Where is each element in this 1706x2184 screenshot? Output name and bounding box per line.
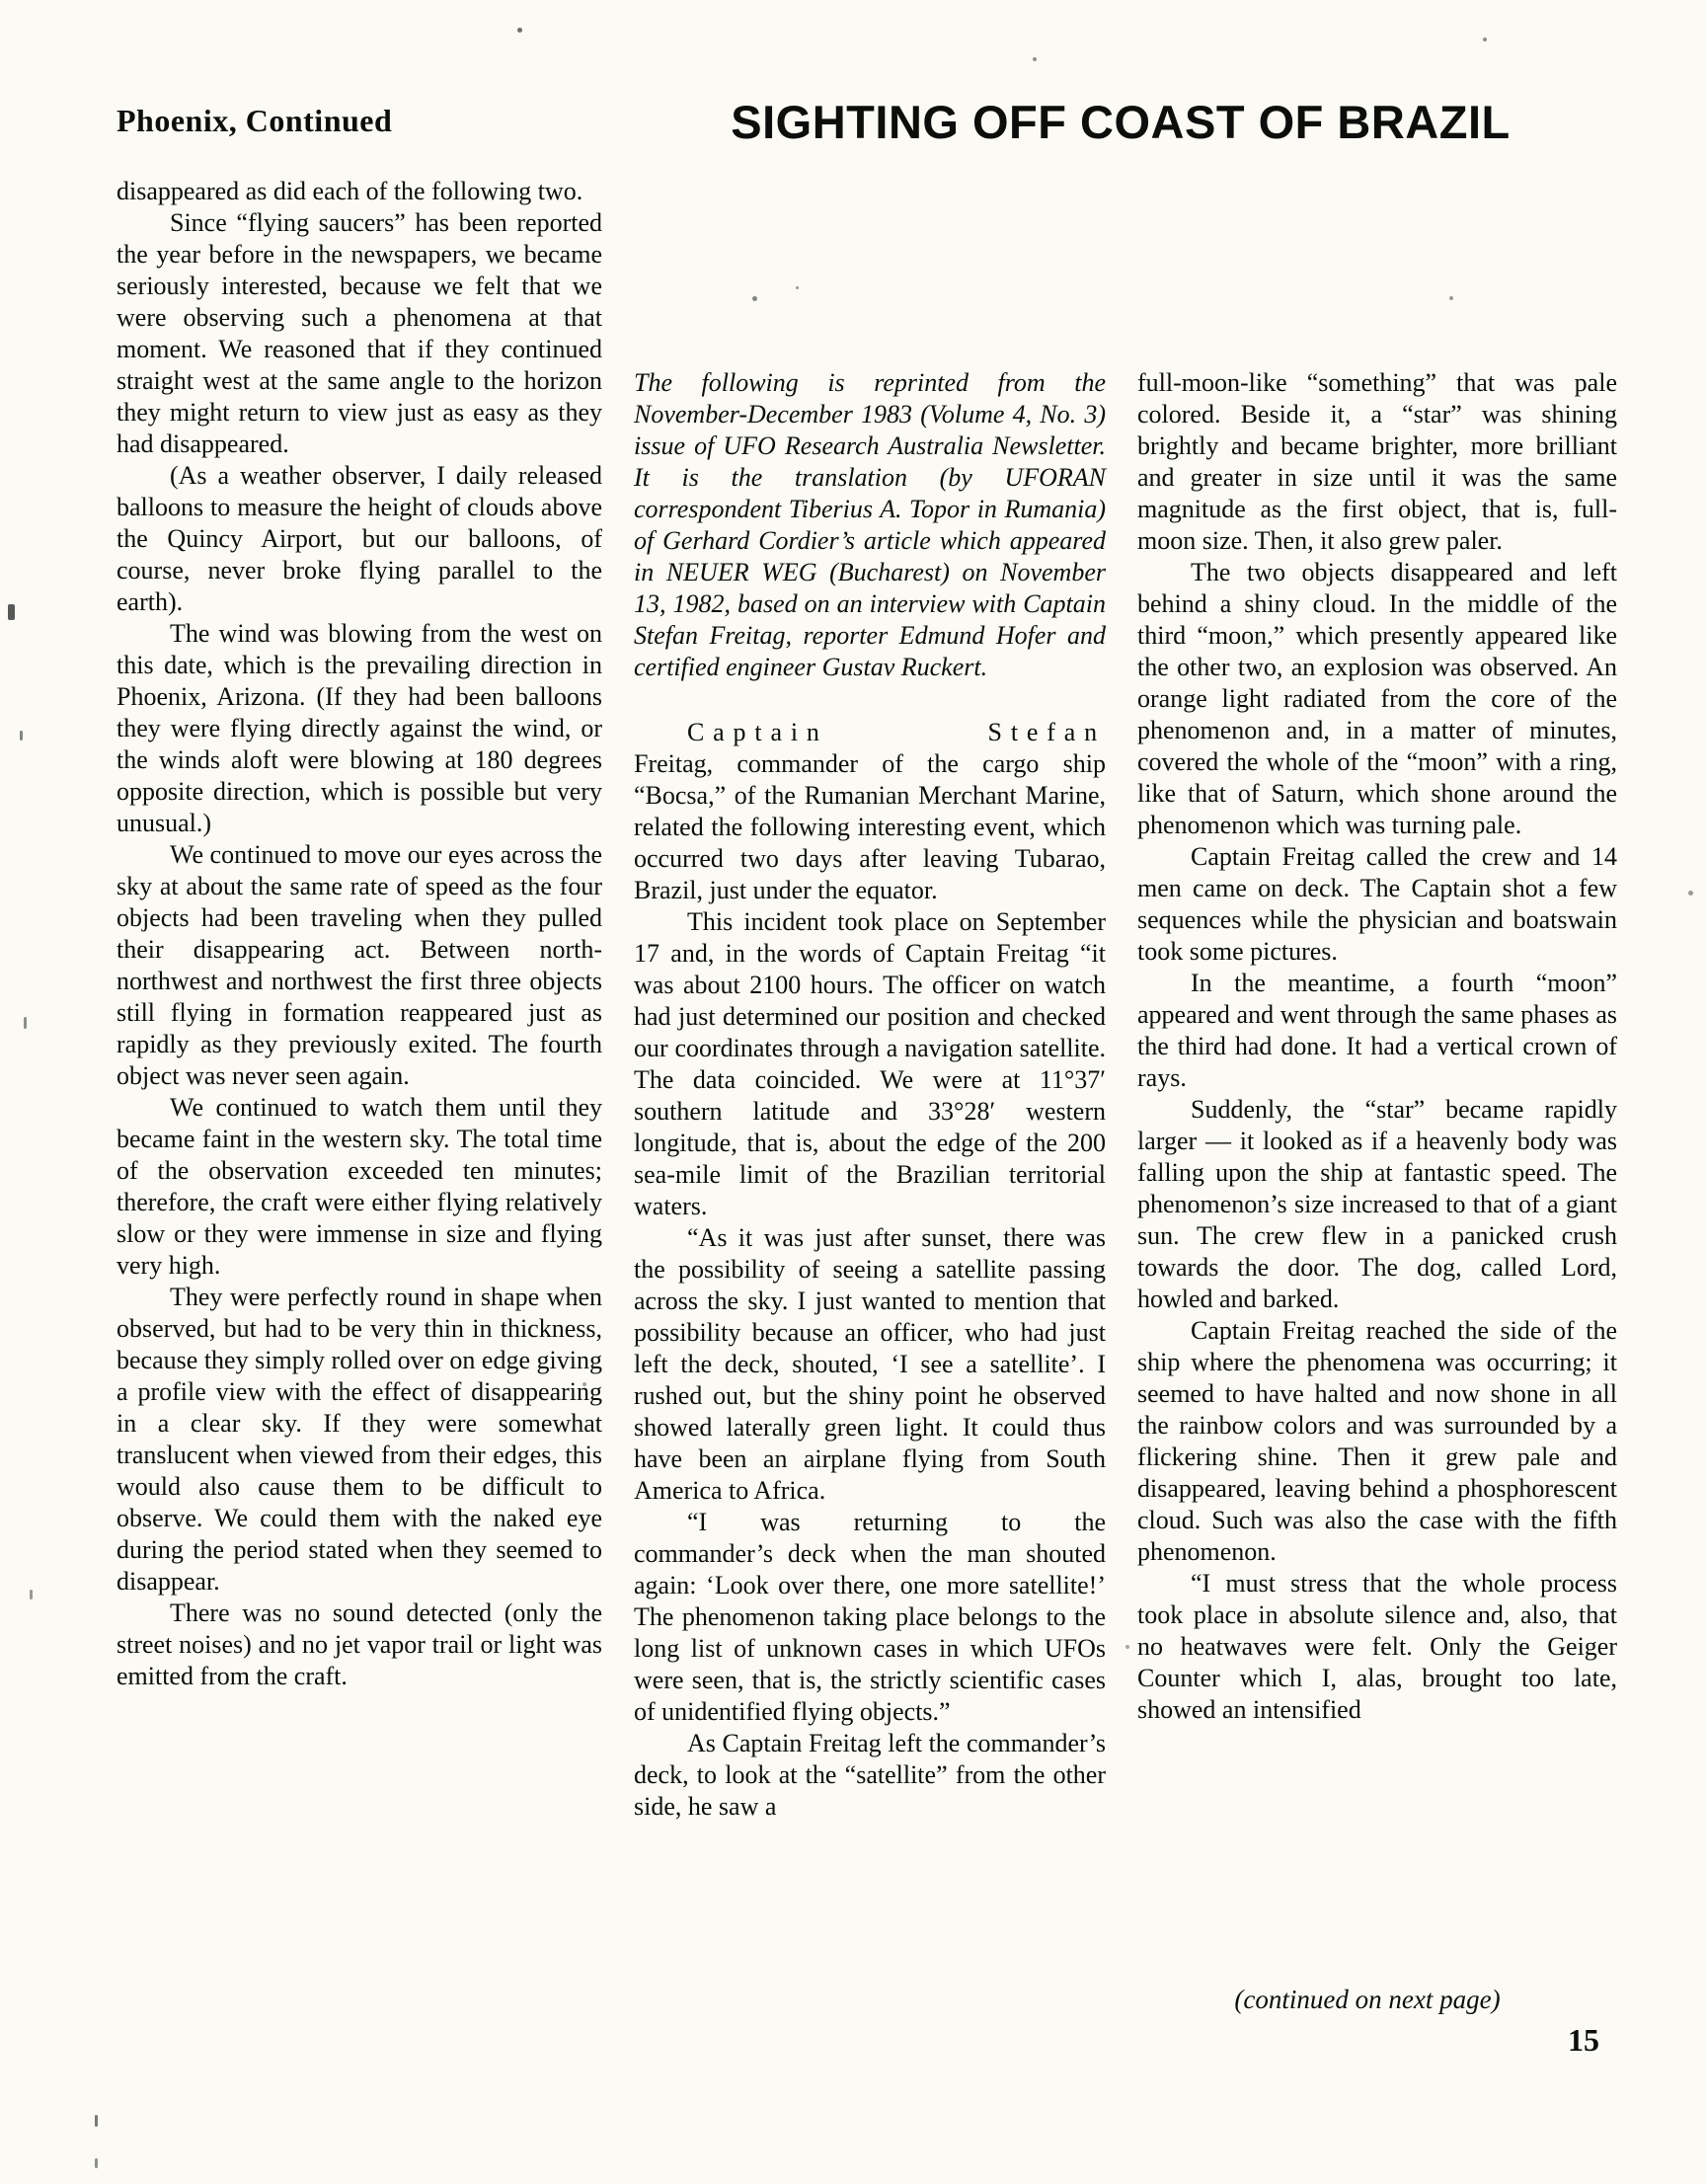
body-paragraph: “I must stress that the whole process to… (1137, 1568, 1617, 1726)
body-paragraph: We continued to watch them until they be… (116, 1092, 602, 1282)
column-middle: The following is reprinted from the Nove… (634, 367, 1106, 1823)
scan-speckle (24, 1017, 27, 1029)
scan-speckle (1125, 1645, 1129, 1649)
body-paragraph: We continued to move our eyes across the… (116, 839, 602, 1092)
editorial-intro: The following is reprinted from the Nove… (634, 367, 1106, 683)
scan-speckle (30, 1590, 33, 1599)
body-paragraph: Suddenly, the “star” became rapidly larg… (1137, 1094, 1617, 1315)
section-continued-heading: Phoenix, Continued (116, 103, 392, 139)
body-paragraph: Since “flying saucers” has been reported… (116, 207, 602, 460)
body-paragraph: They were perfectly round in shape when … (116, 1282, 602, 1598)
scan-speckle (20, 731, 23, 741)
scan-speckle (1688, 891, 1693, 896)
body-paragraph: “I was returning to the commander’s deck… (634, 1507, 1106, 1728)
scan-speckle (8, 604, 15, 620)
article-title: SIGHTING OFF COAST OF BRAZIL (652, 95, 1590, 149)
body-paragraph: Captain Freitag called the crew and 14 m… (1137, 841, 1617, 968)
magazine-page: Phoenix, Continued SIGHTING OFF COAST OF… (0, 0, 1706, 2184)
column-left: disappeared as did each of the following… (116, 176, 602, 1692)
body-paragraph: The two objects disappeared and left beh… (1137, 557, 1617, 841)
scan-speckle (1483, 38, 1487, 41)
scan-speckle (95, 2158, 98, 2168)
scan-speckle (752, 296, 757, 301)
scan-speckle (1033, 57, 1037, 61)
scan-speckle (1449, 296, 1453, 300)
page-number: 15 (1568, 2022, 1599, 2059)
body-paragraph: full-moon-like “something” that was pale… (1137, 367, 1617, 557)
body-paragraph: There was no sound detected (only the st… (116, 1598, 602, 1692)
column-right: full-moon-like “something” that was pale… (1137, 367, 1617, 1726)
body-paragraph: “As it was just after sunset, there was … (634, 1222, 1106, 1507)
body-paragraph: The wind was blowing from the west on th… (116, 618, 602, 839)
body-paragraph: In the meantime, a fourth “moon” appeare… (1137, 968, 1617, 1094)
scan-speckle (95, 2115, 98, 2127)
continued-note: (continued on next page) (1185, 1985, 1550, 2015)
body-paragraph: Captain Freitag reached the side of the … (1137, 1315, 1617, 1568)
body-paragraph: Captain Stefan Freitag, commander of the… (634, 717, 1106, 906)
body-paragraph: (As a weather observer, I daily released… (116, 460, 602, 618)
body-paragraph: This incident took place on September 17… (634, 906, 1106, 1222)
scan-speckle (517, 28, 522, 33)
body-paragraph: As Captain Freitag left the commander’s … (634, 1728, 1106, 1823)
scan-speckle (796, 286, 799, 289)
body-paragraph: disappeared as did each of the following… (116, 176, 602, 207)
scan-speckle (582, 1382, 586, 1386)
